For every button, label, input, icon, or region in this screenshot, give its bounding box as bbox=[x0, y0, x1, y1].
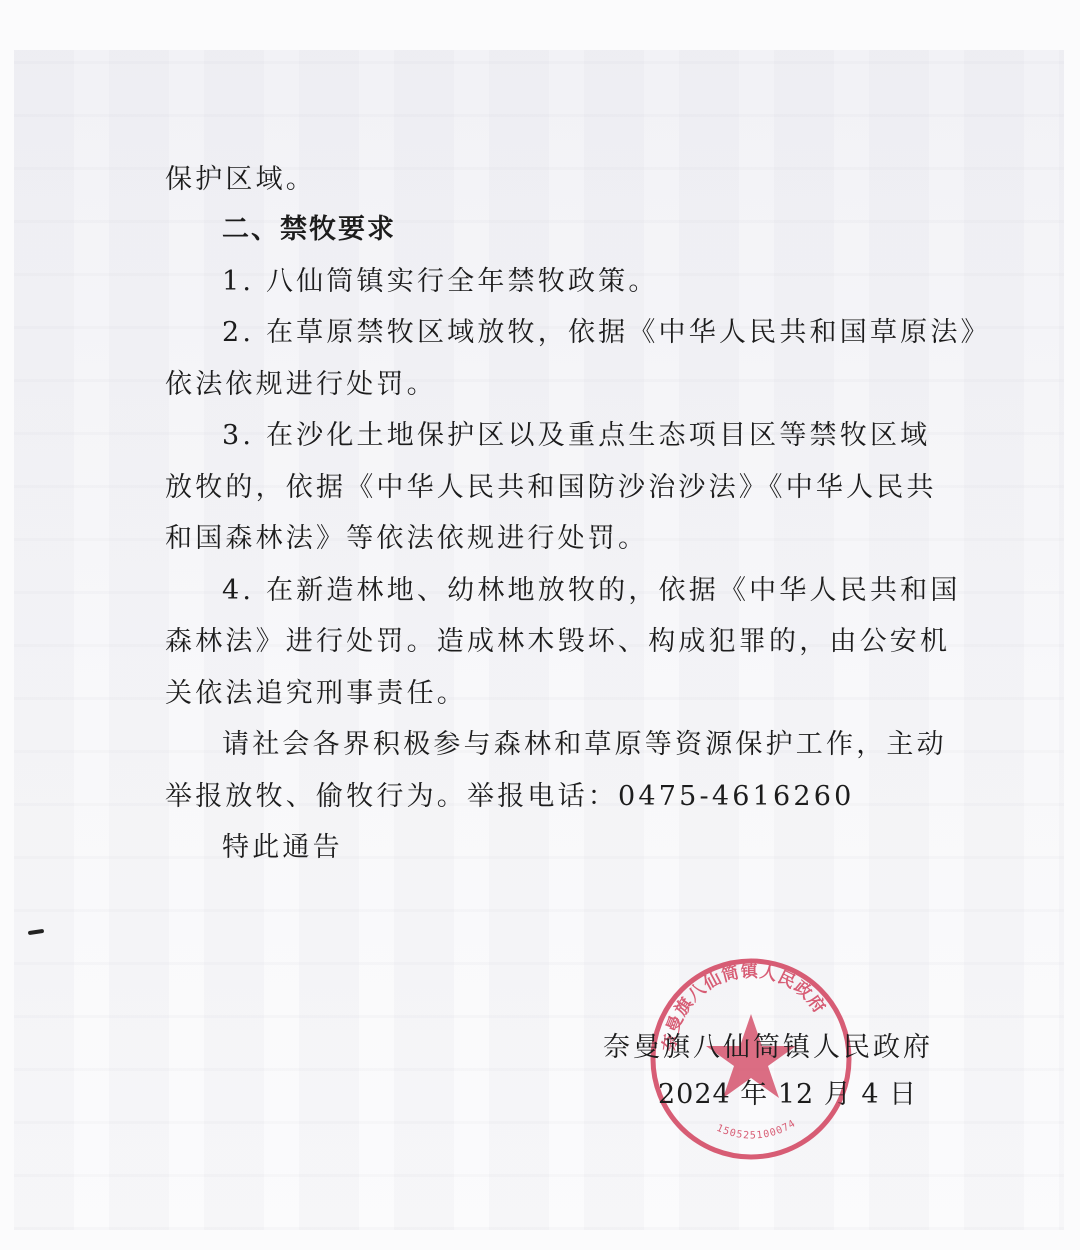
paragraph-line: 和国森林法》等依法依规进行处罚。 bbox=[165, 522, 648, 556]
paragraph-line: 3. 在沙化土地保护区以及重点生态项目区等禁牧区域 bbox=[222, 419, 930, 453]
svg-text:150525100074: 150525100074 bbox=[715, 1118, 798, 1142]
paragraph-line: 森林法》进行处罚。造成林木毁坏、构成犯罪的，由公安机 bbox=[165, 625, 950, 659]
paragraph-line: 4. 在新造林地、幼林地放牧的，依据《中华人民共和国 bbox=[222, 574, 961, 608]
paragraph-line: 2. 在草原禁牧区域放牧，依据《中华人民共和国草原法》 bbox=[222, 316, 991, 350]
paragraph-line: 放牧的，依据《中华人民共和国防沙治沙法》《中华人民共 bbox=[165, 471, 937, 505]
paragraph-line: 依法依规进行处罚。 bbox=[165, 368, 437, 402]
closing-line: 特此通告 bbox=[222, 831, 343, 865]
section-heading: 二、禁牧要求 bbox=[222, 213, 396, 247]
scan-artifact bbox=[28, 929, 44, 935]
paragraph-line: 关依法追究刑事责任。 bbox=[165, 677, 467, 711]
seal-code: 150525100074 bbox=[715, 1118, 798, 1142]
paragraph-line: 举报放牧、偷牧行为。举报电话：0475-4616260 bbox=[165, 780, 854, 814]
issue-date: 2024 年 12 月 4 日 bbox=[658, 1078, 917, 1112]
issuer-name: 奈曼旗八仙筒镇人民政府 bbox=[603, 1031, 933, 1065]
paragraph-line: 保护区域。 bbox=[165, 163, 316, 197]
paragraph-line: 请社会各界积极参与森林和草原等资源保护工作，主动 bbox=[222, 728, 947, 762]
paragraph-line: 1. 八仙筒镇实行全年禁牧政策。 bbox=[222, 265, 659, 299]
notice-page: 保护区域。 二、禁牧要求 1. 八仙筒镇实行全年禁牧政策。 2. 在草原禁牧区域… bbox=[0, 0, 1080, 1250]
